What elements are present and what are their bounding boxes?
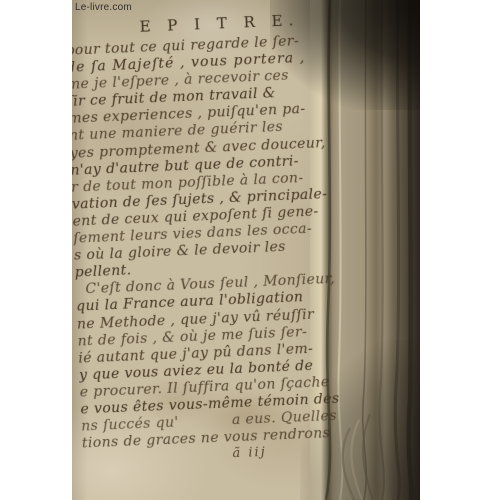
- watermark: Le-livre.com: [75, 2, 132, 13]
- page-text-block: E P I T R E. pour tout ce qui regarde le…: [72, 9, 366, 490]
- book-photo: Le-livre.com E P I T R E. pour tout ce q…: [72, 0, 420, 500]
- page-edge-dark-rim: [409, 0, 412, 500]
- body-text: pour tout ce qui regarde le ſer- de ſa M…: [72, 31, 365, 469]
